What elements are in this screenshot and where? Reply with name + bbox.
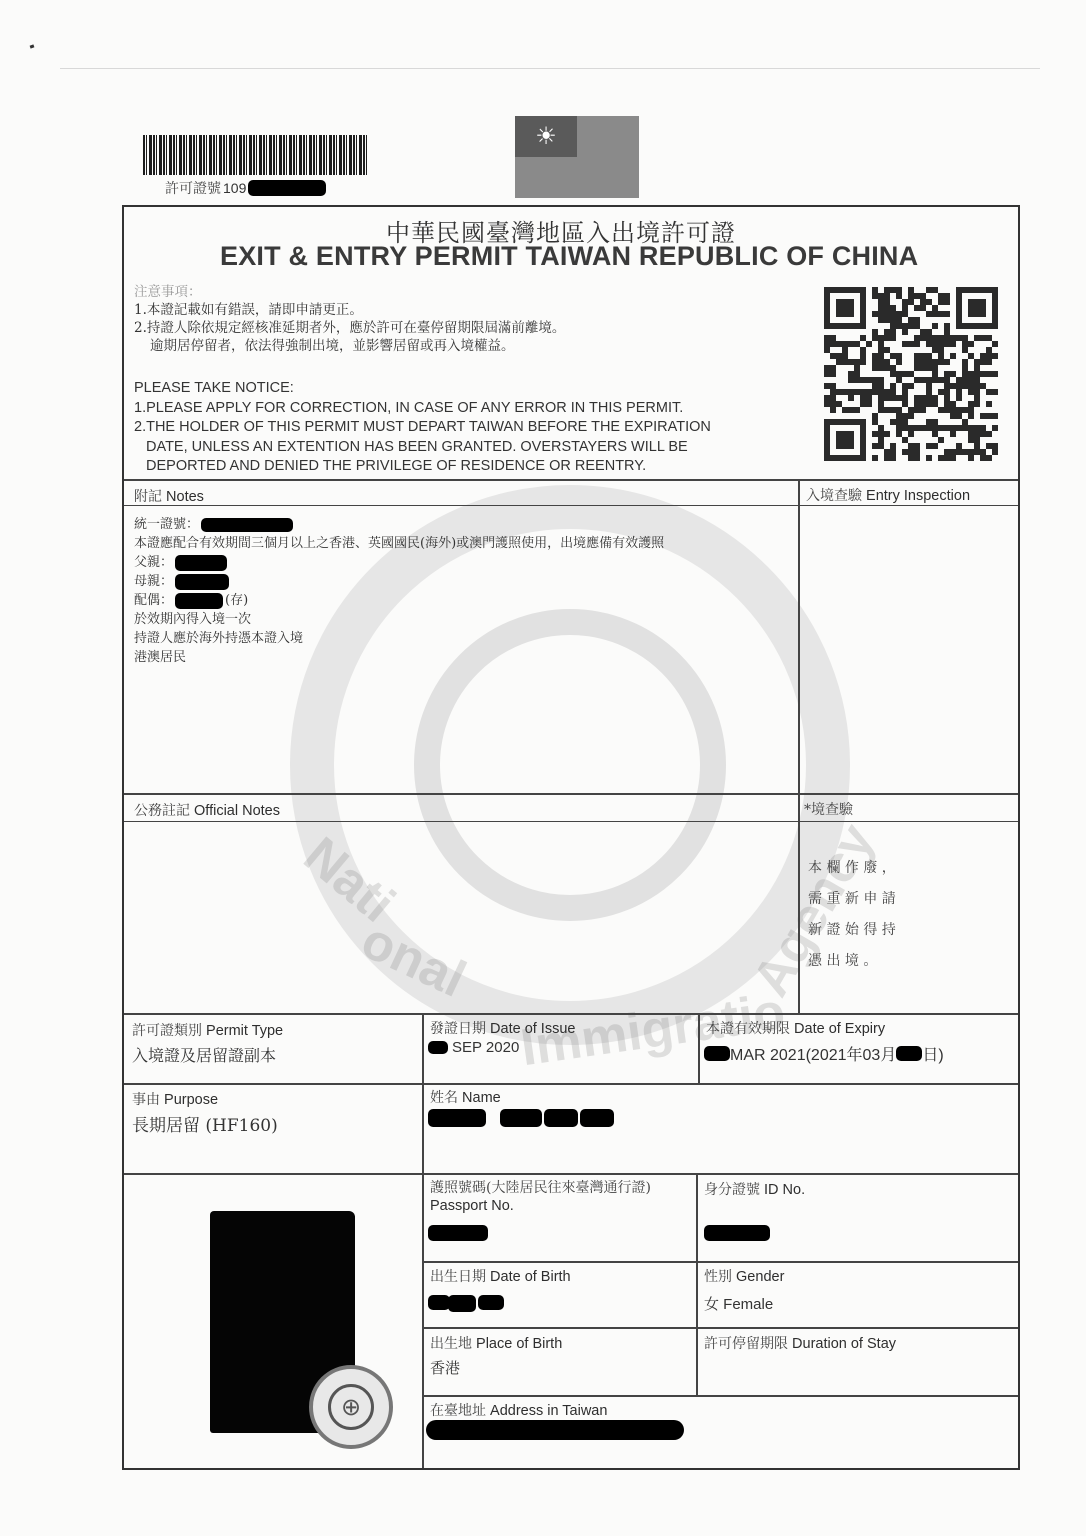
redaction <box>580 1109 614 1127</box>
void-row: 本 欄 作 廢 ， <box>808 853 896 884</box>
passport-label-zh: 護照號碼(大陸居民往來臺灣通行證) <box>430 1179 651 1197</box>
notice-en-item: 1.PLEASE APPLY FOR CORRECTION, IN CASE O… <box>134 399 711 419</box>
date-of-expiry-label-en: Date of Expiry <box>794 1021 885 1037</box>
notice-en-item: 2.THE HOLDER OF THIS PERMIT MUST DEPART … <box>134 418 711 438</box>
name-label: 姓名 Name <box>430 1087 501 1107</box>
notice-en-item: DATE, UNLESS AN EXTENTION HAS BEEN GRANT… <box>134 438 711 458</box>
gender-value: 女 Female <box>704 1293 773 1314</box>
date-of-birth-label: 出生日期 Date of Birth <box>430 1266 571 1286</box>
duration-of-stay-label-zh: 許可停留期限 <box>704 1336 788 1352</box>
purpose-value: 長期居留 (HF160) <box>132 1111 278 1136</box>
permit-form: 中華民國臺灣地區入出境許可證 EXIT & ENTRY PERMIT TAIWA… <box>122 205 1020 1470</box>
address-label-zh: 在臺地址 <box>430 1403 486 1419</box>
permit-type-label-zh: 許可證類別 <box>132 1023 202 1039</box>
name-label-zh: 姓名 <box>430 1090 458 1106</box>
scan-edge-line <box>60 68 1040 69</box>
date-of-expiry-label: 本證有效期限 Date of Expiry <box>706 1018 885 1038</box>
divider <box>124 821 1018 822</box>
id-no-label-zh: 身分證號 <box>704 1182 760 1198</box>
id-no-label-en: ID No. <box>764 1182 805 1198</box>
gender-label: 性別 Gender <box>704 1266 784 1286</box>
entry-inspection-label-en: Entry Inspection <box>866 488 970 504</box>
flag-canton: ☀ <box>515 116 577 157</box>
divider <box>124 505 1018 506</box>
notice-en-item: DEPORTED AND DENIED THE PRIVILEGE OF RES… <box>134 457 711 477</box>
single-entry-note: 於效期內得入境一次 <box>134 610 664 629</box>
void-row: 新 證 始 得 持 <box>808 915 896 946</box>
divider <box>422 1327 1018 1329</box>
redaction <box>175 593 223 609</box>
spouse-label: 配偶： <box>134 591 173 610</box>
divider <box>124 1013 1018 1015</box>
date-of-expiry-suffix: 日) <box>922 1042 943 1065</box>
divider <box>124 793 1018 795</box>
notice-zh-item: 1.本證記載如有錯誤，請即申請更正。 <box>134 301 565 319</box>
address-redacted <box>426 1420 684 1440</box>
gender-label-zh: 性別 <box>704 1269 732 1285</box>
divider <box>422 1395 1018 1397</box>
date-of-expiry-text: MAR 2021(2021年03月 <box>730 1042 896 1065</box>
notice-english: PLEASE TAKE NOTICE: 1.PLEASE APPLY FOR C… <box>134 379 711 477</box>
id-number-redacted <box>704 1225 770 1241</box>
notice-zh-item: 逾期居停留者，依法得強制出境，並影響居留或再入境權益。 <box>134 337 565 355</box>
permit-number-label: 許可證號 <box>165 178 221 198</box>
passport-label: 護照號碼(大陸居民往來臺灣通行證) Passport No. <box>430 1179 651 1215</box>
qr-code <box>824 287 998 461</box>
date-of-issue-label: 發證日期 Date of Issue <box>430 1018 575 1038</box>
divider <box>124 1083 1018 1085</box>
unified-id-label: 統一證號： <box>134 515 199 534</box>
name-label-en: Name <box>462 1090 501 1106</box>
purpose-label: 事由 Purpose <box>132 1089 218 1109</box>
passport-number-redacted <box>428 1225 488 1241</box>
date-of-issue-value: SEP 2020 <box>428 1039 519 1056</box>
white-sun-icon: ☀ <box>535 125 557 149</box>
redaction <box>428 1041 448 1054</box>
permit-type-label-en: Permit Type <box>206 1023 283 1039</box>
gender-label-en: Gender <box>736 1269 784 1285</box>
permit-type-value: 入境證及居留證副本 <box>132 1043 276 1066</box>
notes-label-en: Notes <box>166 489 204 505</box>
redaction <box>478 1295 504 1310</box>
id-no-label: 身分證號 ID No. <box>704 1179 805 1199</box>
void-notice: 本 欄 作 廢 ， 需 重 新 申 請 新 證 始 得 持 憑 出 境 。 <box>808 853 896 977</box>
date-of-expiry-label-zh: 本證有效期限 <box>706 1021 790 1037</box>
divider <box>422 1013 424 1468</box>
republic-of-china-flag-icon: ☀ <box>515 116 639 198</box>
redaction <box>544 1109 578 1127</box>
passport-label-en: Passport No. <box>430 1197 651 1215</box>
resident-type-note: 港澳居民 <box>134 648 664 667</box>
address-label: 在臺地址 Address in Taiwan <box>430 1400 607 1420</box>
redaction <box>201 518 293 532</box>
redaction <box>448 1295 476 1312</box>
name-value-redacted <box>428 1109 614 1127</box>
date-of-birth-label-en: Date of Birth <box>490 1269 571 1285</box>
permit-number: 許可證號 109 <box>165 178 326 198</box>
entry-inspection-label: 入境查驗 Entry Inspection <box>806 485 970 505</box>
redaction <box>248 180 326 196</box>
notice-zh-item: 2.持證人除依規定經核准延期者外，應於許可在臺停留期限屆滿前離境。 <box>134 319 565 337</box>
duration-of-stay-label: 許可停留期限 Duration of Stay <box>704 1333 896 1353</box>
void-row: 憑 出 境 。 <box>808 946 896 977</box>
entry-inspection-label-zh: 入境查驗 <box>806 488 862 504</box>
date-of-birth-label-zh: 出生日期 <box>430 1269 486 1285</box>
date-of-expiry-value: MAR 2021(2021年03月 日) <box>704 1042 944 1065</box>
date-of-issue-text: SEP 2020 <box>452 1039 519 1056</box>
passport-requirement-note: 本證應配合有效期間三個月以上之香港、英國國民(海外)或澳門護照使用，出境應備有效… <box>134 534 664 553</box>
title-english: EXIT & ENTRY PERMIT TAIWAN REPUBLIC OF C… <box>220 241 918 272</box>
spouse-suffix: (存) <box>225 591 248 610</box>
date-of-birth-redacted <box>428 1295 504 1312</box>
exit-inspection-label: *境查驗 <box>804 799 853 819</box>
place-of-birth-label-zh: 出生地 <box>430 1336 472 1352</box>
place-of-birth-label-en: Place of Birth <box>476 1336 562 1352</box>
divider <box>698 1013 700 1083</box>
permit-barcode <box>143 135 368 175</box>
scan-speck <box>30 44 35 48</box>
void-row: 需 重 新 申 請 <box>808 884 896 915</box>
permit-type-label: 許可證類別 Permit Type <box>132 1020 283 1040</box>
place-of-birth-value: 香港 <box>430 1357 460 1378</box>
purpose-label-en: Purpose <box>164 1092 218 1108</box>
notes-body: 統一證號： 本證應配合有效期間三個月以上之香港、英國國民(海外)或澳門護照使用，… <box>134 515 664 667</box>
redaction <box>175 555 227 571</box>
duration-of-stay-label-en: Duration of Stay <box>792 1336 896 1352</box>
official-notes-label-zh: 公務註記 <box>134 803 190 819</box>
globe-icon: ⊕ <box>328 1384 374 1430</box>
date-of-issue-label-en: Date of Issue <box>490 1021 575 1037</box>
redaction <box>428 1109 486 1127</box>
entry-overseas-note: 持證人應於海外持憑本證入境 <box>134 629 664 648</box>
redaction <box>704 1046 730 1061</box>
redaction <box>500 1109 542 1127</box>
purpose-label-zh: 事由 <box>132 1092 160 1108</box>
divider <box>124 479 1018 481</box>
notes-label: 附記 Notes <box>134 486 204 506</box>
official-notes-label: 公務註記 Official Notes <box>134 800 280 820</box>
divider <box>798 479 800 1013</box>
divider <box>696 1173 698 1395</box>
father-label: 父親： <box>134 553 173 572</box>
divider <box>422 1261 1018 1263</box>
notice-zh-heading: 注意事項： <box>134 283 565 301</box>
mother-label: 母親： <box>134 572 173 591</box>
official-notes-label-en: Official Notes <box>194 803 280 819</box>
redaction <box>428 1295 450 1310</box>
redaction <box>896 1046 922 1061</box>
place-of-birth-label: 出生地 Place of Birth <box>430 1333 562 1353</box>
notice-chinese: 注意事項： 1.本證記載如有錯誤，請即申請更正。 2.持證人除依規定經核准延期者… <box>134 283 565 355</box>
divider <box>124 1173 1018 1175</box>
redaction <box>175 574 229 590</box>
notice-en-heading: PLEASE TAKE NOTICE: <box>134 379 711 399</box>
permit-number-visible: 109 <box>223 180 246 196</box>
address-label-en: Address in Taiwan <box>490 1403 607 1419</box>
notes-label-zh: 附記 <box>134 489 162 505</box>
immigration-agency-seal-icon: ⊕ <box>309 1365 393 1449</box>
date-of-issue-label-zh: 發證日期 <box>430 1021 486 1037</box>
